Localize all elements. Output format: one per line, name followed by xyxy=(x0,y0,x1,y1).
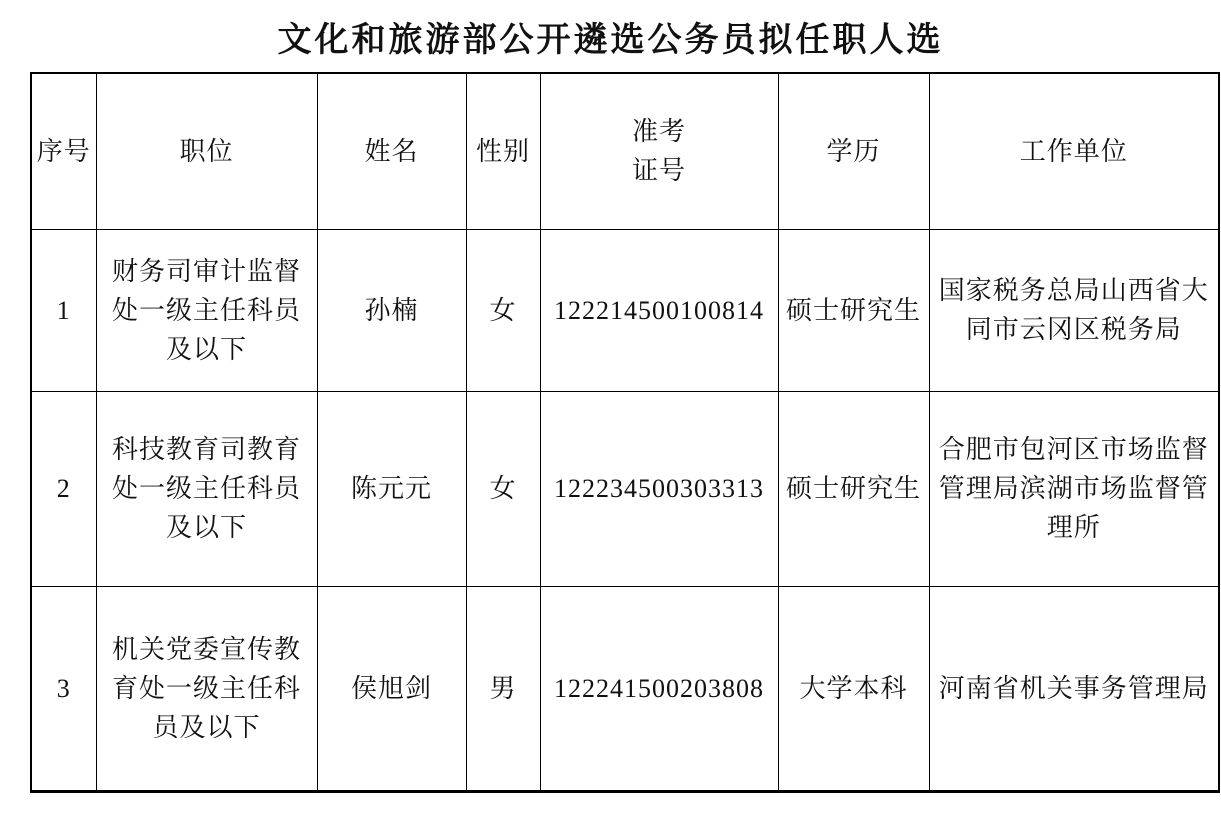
cell-serial-number: 3 xyxy=(31,586,96,791)
cell-ticket-number: 122241500203808 xyxy=(540,586,778,791)
cell-education: 硕士研究生 xyxy=(778,391,929,586)
table-row: 3 机关党委宣传教 育处一级主任科 员及以下 侯旭剑 男 12224150020… xyxy=(31,586,1219,791)
page-title: 文化和旅游部公开遴选公务员拟任职人选 xyxy=(0,12,1221,61)
cell-work-unit: 河南省机关事务管理局 xyxy=(929,586,1219,791)
cell-ticket-number: 122214500100814 xyxy=(540,229,778,391)
cell-education: 硕士研究生 xyxy=(778,229,929,391)
cell-position: 机关党委宣传教 育处一级主任科 员及以下 xyxy=(96,586,317,791)
header-position: 职位 xyxy=(96,73,317,229)
cell-work-unit: 合肥市包河区市场监督 管理局滨湖市场监督管 理所 xyxy=(929,391,1219,586)
candidates-table: 序号 职位 姓名 性别 准考 证号 学历 工作单位 1 财务司审计监督 处一级主… xyxy=(30,72,1220,793)
cell-position: 科技教育司教育 处一级主任科员 及以下 xyxy=(96,391,317,586)
header-ticket-number: 准考 证号 xyxy=(540,73,778,229)
table-row: 2 科技教育司教育 处一级主任科员 及以下 陈元元 女 122234500303… xyxy=(31,391,1219,586)
header-name: 姓名 xyxy=(317,73,466,229)
cell-serial-number: 1 xyxy=(31,229,96,391)
cell-gender: 女 xyxy=(466,229,540,391)
cell-name: 陈元元 xyxy=(317,391,466,586)
header-gender: 性别 xyxy=(466,73,540,229)
header-work-unit: 工作单位 xyxy=(929,73,1219,229)
table-row: 1 财务司审计监督 处一级主任科员 及以下 孙楠 女 1222145001008… xyxy=(31,229,1219,391)
cell-education: 大学本科 xyxy=(778,586,929,791)
header-serial-number: 序号 xyxy=(31,73,96,229)
cell-ticket-number: 122234500303313 xyxy=(540,391,778,586)
cell-name: 侯旭剑 xyxy=(317,586,466,791)
table-header-row: 序号 职位 姓名 性别 准考 证号 学历 工作单位 xyxy=(31,73,1219,229)
cell-serial-number: 2 xyxy=(31,391,96,586)
cell-name: 孙楠 xyxy=(317,229,466,391)
cell-position: 财务司审计监督 处一级主任科员 及以下 xyxy=(96,229,317,391)
header-education: 学历 xyxy=(778,73,929,229)
cell-gender: 男 xyxy=(466,586,540,791)
cell-gender: 女 xyxy=(466,391,540,586)
cell-work-unit: 国家税务总局山西省大 同市云冈区税务局 xyxy=(929,229,1219,391)
